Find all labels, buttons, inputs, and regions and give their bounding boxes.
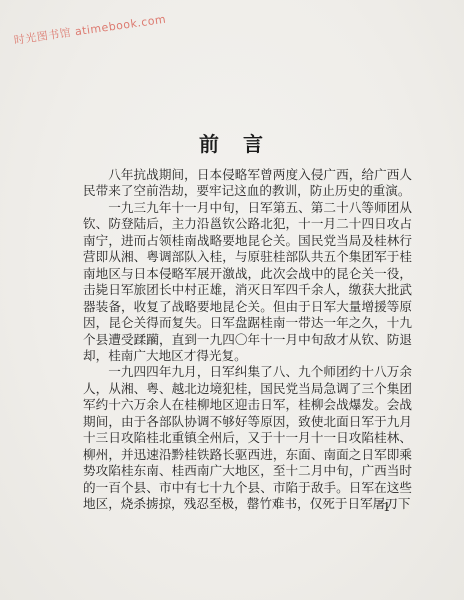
paragraph: 一九三九年十一月中旬，日军第五、第二十八等师团从钦、防登陆后，主力沿邕钦公路北犯… [83,200,412,365]
scanned-book-page: 时光图书馆 atimebook.com 前 言 八年抗战期间，日本侵略军曾两度入… [0,0,464,600]
paragraph: 一九四四年九月，日军纠集了八、九个师团约十八万余人，从湘、粤、越北边境犯桂，国民… [83,364,412,512]
library-watermark: 时光图书馆 atimebook.com [13,11,167,48]
body-text: 八年抗战期间，日本侵略军曾两度入侵广西，给广西人民带来了空前浩劫，要牢记这血的教… [83,167,412,513]
page-number: 1 [383,500,391,514]
page-title: 前 言 [0,128,464,157]
paragraph: 八年抗战期间，日本侵略军曾两度入侵广西，给广西人民带来了空前浩劫，要牢记这血的教… [83,167,412,200]
